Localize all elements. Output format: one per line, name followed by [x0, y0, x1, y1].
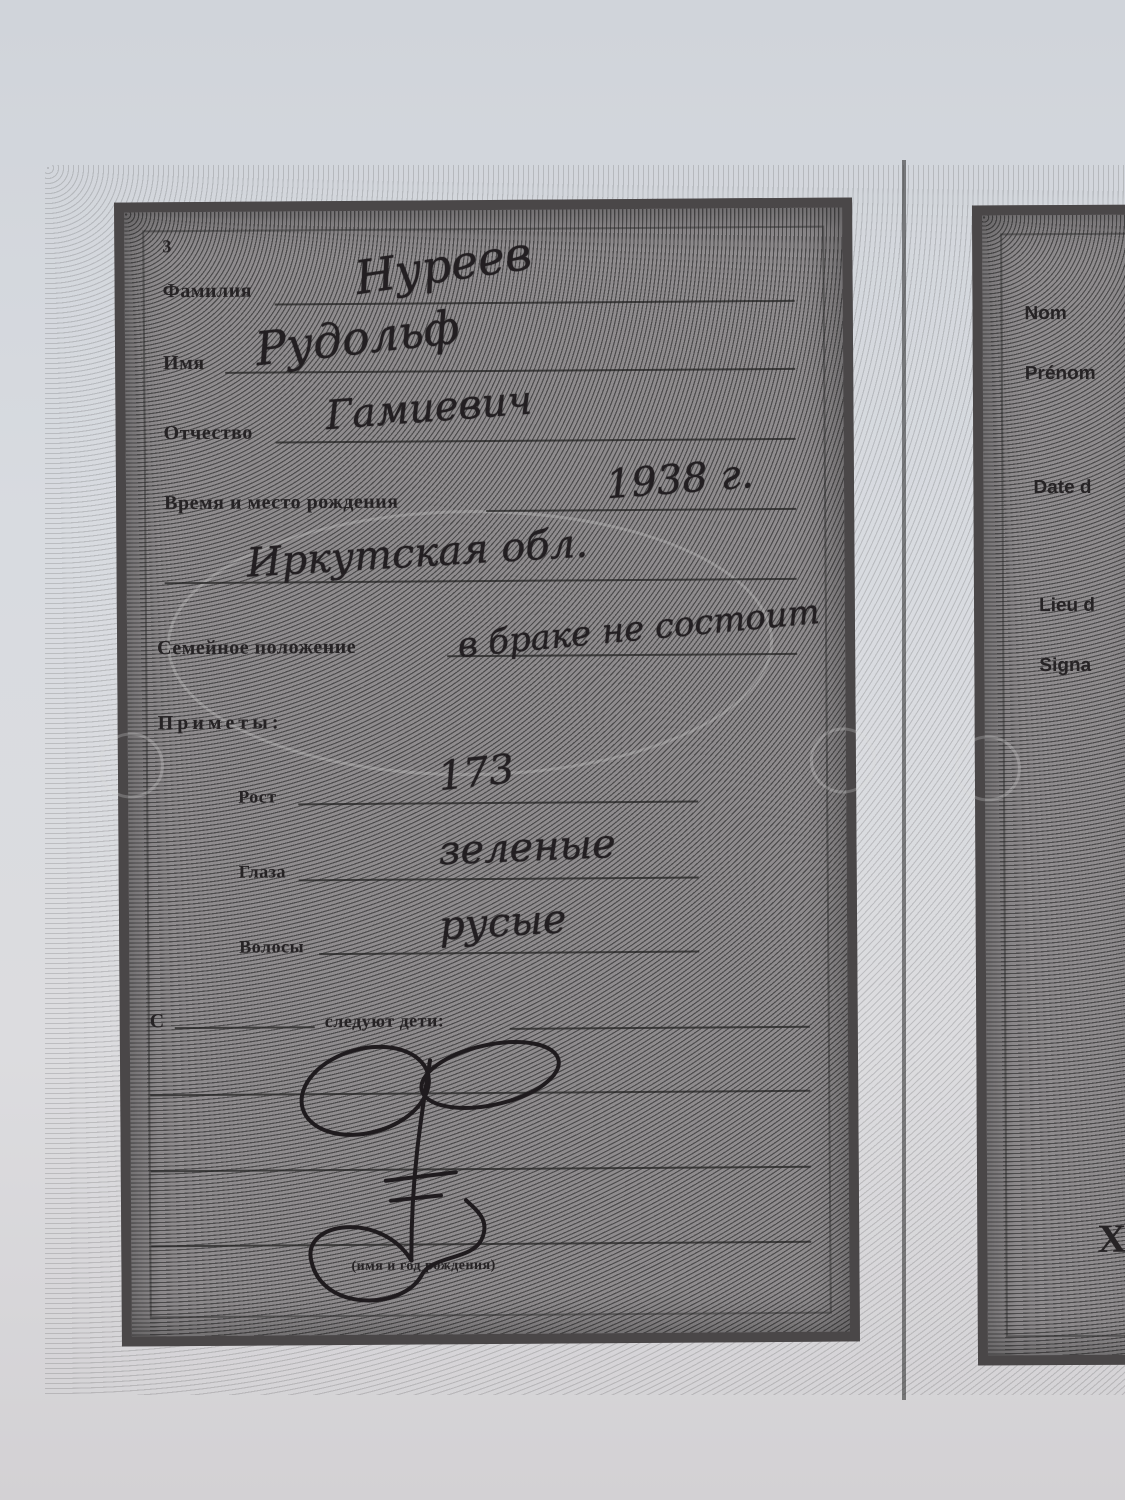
first-name-label: Имя — [163, 352, 205, 375]
hair-label: Волосы — [239, 936, 304, 957]
passport-page-right: Nom Prénom Date d Lieu d Signa XI — [972, 205, 1125, 1366]
height-label: Рост — [238, 786, 277, 807]
right-label-lieu: Lieu d — [1039, 595, 1095, 617]
eyes-label: Глаза — [239, 861, 286, 882]
right-label-signature: Signa — [1039, 655, 1091, 677]
roman-numeral: XI — [1097, 1215, 1125, 1262]
family-status-label: Семейное положение — [157, 636, 356, 660]
right-label-nom: Nom — [1024, 303, 1066, 325]
eyes-value: зеленые — [438, 821, 617, 874]
features-heading: Приметы: — [158, 711, 283, 735]
surname-label: Фамилия — [163, 280, 253, 304]
right-label-prenom: Prénom — [1025, 363, 1096, 385]
right-page-ornament-icon — [955, 735, 1021, 801]
patronymic-label: Отчество — [164, 422, 253, 446]
children-prefix: С — [150, 1010, 165, 1033]
left-ornament-icon — [98, 732, 164, 798]
right-label-date: Date d — [1033, 477, 1091, 499]
page-number: 3 — [162, 236, 172, 257]
height-value: 173 — [436, 746, 517, 800]
signature-icon — [290, 1029, 592, 1311]
right-ornament-icon — [810, 727, 876, 793]
passport-page-left: 3 Фамилия Нуреев Имя Рудольф Отчество Га… — [114, 197, 860, 1346]
children-label: следуют дети: — [325, 1010, 445, 1032]
right-page-inner-frame — [1000, 233, 1125, 1338]
hair-value: русые — [438, 896, 568, 949]
page-separator-line — [902, 160, 906, 1400]
birth-label: Время и место рождения — [164, 491, 399, 516]
